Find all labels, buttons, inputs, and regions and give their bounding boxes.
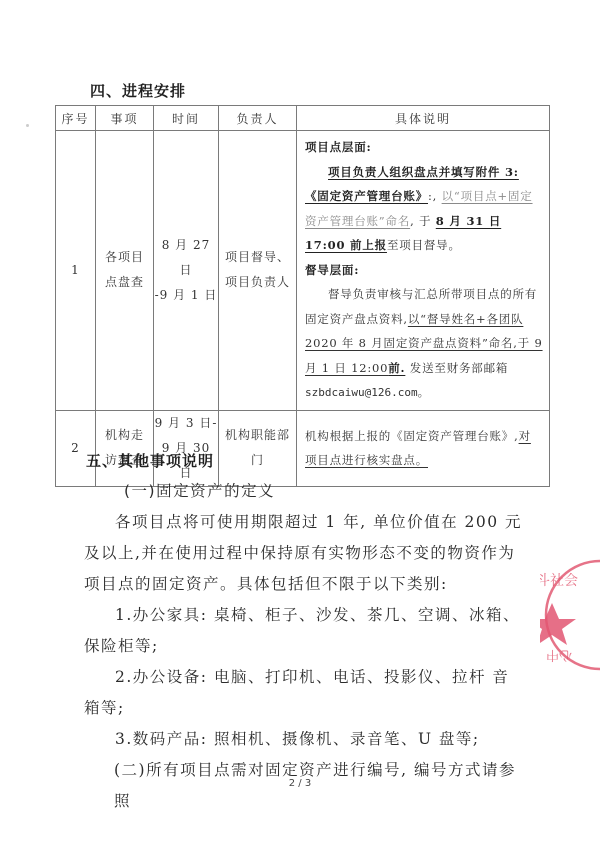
header-description: 具体说明 xyxy=(297,106,550,131)
supervisor-level-title: 督导层面: xyxy=(305,258,543,283)
time-line: 9 月 3 日- xyxy=(154,411,218,436)
item-line: 各项目 xyxy=(96,245,153,270)
header-owner: 负责人 xyxy=(219,106,297,131)
text: 机构根据上报的《固定资产管理台账》, xyxy=(305,429,519,443)
row-no: 1 xyxy=(56,131,96,411)
table-row: 1 各项目 点盘查 8 月 27 日 -9 月 1 日 项目督导、 项目负责人 … xyxy=(56,131,550,411)
category-item: 2.办公设备: 电脑、打印机、电话、投影仪、拉杆 音箱等; xyxy=(84,662,524,724)
separator: :, xyxy=(428,189,437,203)
page-number: 2 / 3 xyxy=(0,778,600,789)
subsection-1-title: (一)固定资产的定义 xyxy=(84,476,524,507)
category-item: 3.数码产品: 照相机、摄像机、录音笔、U 盘等; xyxy=(84,724,524,755)
row-time: 9 月 3 日- 9 月 30 日 xyxy=(154,410,219,486)
finance-email: szbdcaiwu@126.com xyxy=(305,386,418,399)
table-header-row: 序号 事项 时间 负责人 具体说明 xyxy=(56,106,550,131)
table-row: 2 机构走 访盘查 9 月 3 日- 9 月 30 日 机构职能部 门 机构根据… xyxy=(56,410,550,486)
official-seal-stamp: 斗社会 心中 xyxy=(540,555,600,675)
project-level-title: 项目点层面: xyxy=(305,135,543,160)
item-line: 点盘查 xyxy=(96,270,153,295)
section-5-title: 五、其他事项说明 xyxy=(86,450,214,471)
row-no: 2 xyxy=(56,410,96,486)
svg-text:心中: 心中 xyxy=(546,647,572,663)
row-owner: 项目督导、 项目负责人 xyxy=(219,131,297,411)
item-line: 机构走 xyxy=(96,423,153,448)
text: 至项目督导。 xyxy=(387,238,461,252)
header-time: 时间 xyxy=(154,106,219,131)
owner-line: 项目负责人 xyxy=(219,270,296,295)
header-item: 事项 xyxy=(96,106,154,131)
text: 。 xyxy=(418,385,430,399)
time-line: 8 月 27 日 xyxy=(154,233,218,283)
time-line: -9 月 1 日 xyxy=(154,283,218,308)
supervisor-level-text: 督导负责审核与汇总所带项目点的所有固定资产盘点资料,以“督导姓名+各团队 202… xyxy=(305,282,543,406)
text: , 于 xyxy=(410,214,431,228)
section-4-title: 四、进程安排 xyxy=(90,80,186,101)
header-no: 序号 xyxy=(56,106,96,131)
section-5-body: (一)固定资产的定义 各项目点将可使用期限超过 1 年, 单位价值在 200 元… xyxy=(84,476,524,817)
owner-line: 项目督导、 xyxy=(219,245,296,270)
scan-speck xyxy=(26,124,29,127)
row-item: 机构走 访盘查 xyxy=(96,410,154,486)
category-item: 1.办公家具: 桌椅、柜子、沙发、茶几、空调、冰箱、保险柜等; xyxy=(84,600,524,662)
schedule-table: 序号 事项 时间 负责人 具体说明 1 各项目 点盘查 8 月 27 日 -9 … xyxy=(55,105,550,487)
svg-text:斗社会: 斗社会 xyxy=(540,572,578,589)
supervisor-deadline: 前. xyxy=(388,361,405,375)
row-description: 项目点层面: 项目负责人组织盘点并填写附件 3:《固定资产管理台账》:, 以“项… xyxy=(297,131,550,411)
owner-line: 机构职能部 xyxy=(219,423,296,448)
fixed-asset-definition: 各项目点将可使用期限超过 1 年, 单位价值在 200 元及以上,并在使用过程中… xyxy=(84,507,524,600)
text: 发送至财务部邮箱 xyxy=(405,361,508,375)
row-owner: 机构职能部 门 xyxy=(219,410,297,486)
owner-line: 门 xyxy=(219,448,296,473)
project-level-text: 项目负责人组织盘点并填写附件 3:《固定资产管理台账》:, 以“项目点+固定资产… xyxy=(305,160,543,258)
visit-check-text: 机构根据上报的《固定资产管理台账》,对项目点进行核实盘点。 xyxy=(305,424,543,473)
row-item: 各项目 点盘查 xyxy=(96,131,154,411)
row-description: 机构根据上报的《固定资产管理台账》,对项目点进行核实盘点。 xyxy=(297,410,550,486)
row-time: 8 月 27 日 -9 月 1 日 xyxy=(154,131,219,411)
